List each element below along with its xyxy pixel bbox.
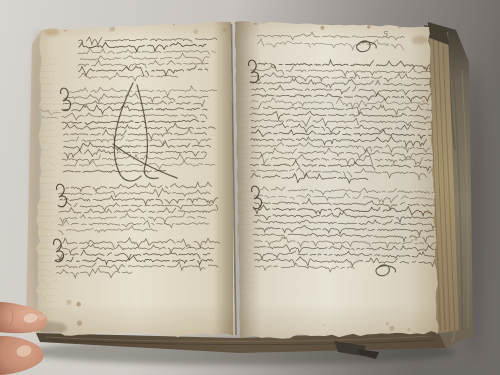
fingertip-highlight: [36, 314, 46, 320]
manuscript-photo: 5: [0, 0, 500, 375]
photo-grain: [0, 0, 500, 375]
